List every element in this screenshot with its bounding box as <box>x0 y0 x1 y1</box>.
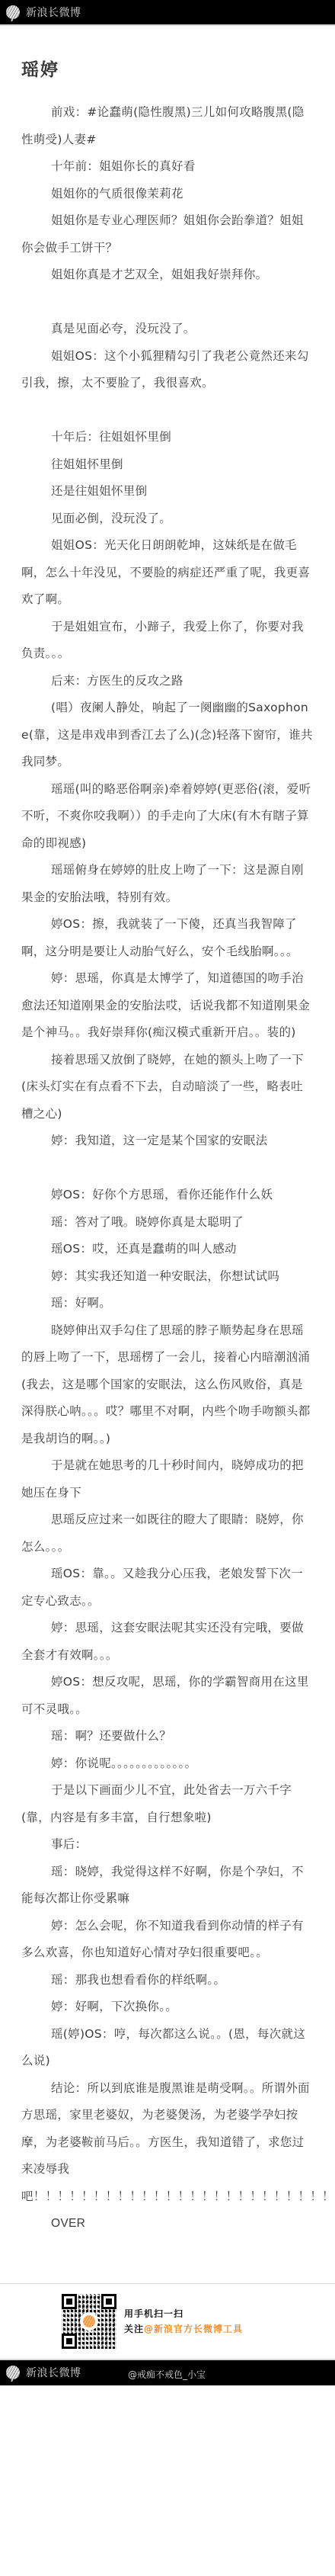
paragraph: 姐姐OS：这个小狐狸精勾引了我老公竟然还来勾引我，擦，太不要脸了，我很喜欢。 <box>21 343 314 397</box>
paragraph: 婷：好啊，下次换你。。 <box>21 1994 314 2021</box>
follow-line: 关注@新浪官方长微博工具 <box>124 2321 243 2337</box>
paragraph: 十年后：往姐姐怀里倒 <box>21 424 314 451</box>
paragraph: 婷：你说呢。。。。。。。。。。。。。 <box>21 1750 314 1778</box>
paragraph: 姐姐你是专业心理医师？姐姐你会跆拳道？姐姐你会做手工饼干？ <box>21 207 314 261</box>
official-handle-link[interactable]: @新浪官方长微博工具 <box>144 2324 243 2334</box>
paragraph: 婷OS：好你个方思瑶，看你还能作什么妖 <box>21 1182 314 1209</box>
paragraph: 后来：方医生的反攻之路 <box>21 668 314 695</box>
brand-name: 新浪长微博 <box>26 5 81 20</box>
paragraph: 瑶：那我也想看看你的样纸啊。。 <box>21 1967 314 1994</box>
promo-section: 用手机扫一扫 关注@新浪官方长微博工具 <box>0 2284 335 2359</box>
scan-label: 用手机扫一扫 <box>124 2306 243 2321</box>
paragraph: 瑶：好啊。 <box>21 1290 314 1317</box>
paragraph: 十年前：姐姐你长的真好看 <box>21 153 314 181</box>
blank-line <box>21 289 314 316</box>
paragraph: 婷OS：想反攻呢，思瑶，你的学霸智商用在这里可不灵哦。。 <box>21 1669 314 1723</box>
blank-line <box>21 1155 314 1182</box>
article-body: 前戏：#论蠢萌(隐性腹黑)三儿如何攻略腹黑(隐性萌受)人妻#十年前：姐姐你长的真… <box>21 99 314 2238</box>
qr-code-icon[interactable] <box>62 2294 116 2349</box>
paragraph: 于是就在她思考的几十秒时间内，晓婷成功的把她压在身下 <box>21 1452 314 1506</box>
paragraph: 瑶瑶俯身在婷婷的肚皮上吻了一下：这是源自刚果金的安胎法哦，特别有效。 <box>21 857 314 911</box>
paragraph: 婷：其实我还知道一种安眠法，你想试试吗 <box>21 1263 314 1291</box>
paragraph: 婷：思瑶，你真是太博学了，知道德国的吻手治愈法还知道刚果金的安胎法哎，话说我都不… <box>21 965 314 1047</box>
paragraph: 婷：思瑶，这套安眠法呢其实还没有完哦，要做全套才有效啊。。。 <box>21 1615 314 1669</box>
promo-text: 用手机扫一扫 关注@新浪官方长微博工具 <box>124 2306 243 2337</box>
blank-line <box>21 397 314 425</box>
qr-finder <box>101 2294 116 2309</box>
paragraph: 于是姐姐宣布，小蹄子，我爱上你了，你要对我负责。。。 <box>21 614 314 668</box>
paragraph: 婷：怎么会呢，你不知道我看到你动情的样子有多么欢喜，你也知道好心情对孕妇很重要吧… <box>21 1913 314 1967</box>
paragraph: 姐姐你的气质很像茉莉花 <box>21 181 314 208</box>
paragraph: 往姐姐怀里倒 <box>21 451 314 479</box>
bottom-bar: 新浪长微博 @戒痴不戒色_小宝 <box>0 2359 335 2385</box>
paragraph: (唱）夜阑人静处，响起了一阕幽幽的Saxophone(靠，这是串戏串到香江去了么… <box>21 695 314 776</box>
paragraph: 瑶：啊？还要做什么？ <box>21 1723 314 1750</box>
paragraph: 瑶OS：哎，还真是蠢萌的叫人感动 <box>21 1236 314 1263</box>
qr-finder <box>62 2294 77 2309</box>
paragraph: 瑶瑶(叫的略恶俗啊亲)牵着婷婷(更恶俗(滚，爱听不听，不爽你咬我啊））的手走向了… <box>21 776 314 858</box>
follow-label: 关注 <box>124 2324 144 2334</box>
paragraph: 事后： <box>21 1831 314 1859</box>
paragraph: 晓婷伸出双手勾住了思瑶的脖子顺势起身在思瑶的唇上吻了一下，思瑶楞了一会儿，接着心… <box>21 1317 314 1453</box>
paragraph: 接着思瑶又放倒了晓婷，在她的额头上吻了一下(床头灯实在有点看不下去，自动暗淡了一… <box>21 1047 314 1128</box>
top-bar: 新浪长微博 <box>0 0 335 26</box>
spacer <box>0 2238 335 2283</box>
paragraph: 吧！！！！！！！！！！！！！！！！！！！！！！！！！！！！！！！！！！！！！！！… <box>21 2183 314 2211</box>
paragraph: 瑶(婷)OS：哼，每次都这么说。。(恩，每次就这么说) <box>21 2021 314 2075</box>
paragraph: 瑶OS：靠。。又趁我分心压我，老娘发誓下次一定专心致志。。 <box>21 1561 314 1615</box>
paragraph: 瑶：晓婷，我觉得这样不好啊，你是个孕妇，不能每次都让你受累嘛 <box>21 1859 314 1913</box>
paragraph: 于是以下画面少儿不宜，此处省去一万六千字(靠，内容是有多丰富，自行想象啦) <box>21 1777 314 1831</box>
paragraph: 真是见面必夸，没玩没了。 <box>21 316 314 343</box>
paragraph: 还是往姐姐怀里倒 <box>21 478 314 505</box>
paragraph: 婷OS：擦，我就装了一下傻，还真当我智障了啊，这分明是要让人动胎气好么，安个毛线… <box>21 911 314 965</box>
brand-name: 新浪长微博 <box>26 2365 81 2380</box>
article-title: 瑶婷 <box>21 55 314 85</box>
author-handle[interactable]: @戒痴不戒色_小宝 <box>128 2368 206 2381</box>
weibo-logo-icon <box>80 2312 98 2331</box>
paragraph: 姐姐你真是才艺双全，姐姐我好崇拜你。 <box>21 261 314 289</box>
paragraph: 思瑶反应过来一如既往的瞪大了眼睛：晓婷，你怎么。。。 <box>21 1506 314 1561</box>
paragraph: 婷：我知道，这一定是某个国家的安眠法 <box>21 1128 314 1155</box>
qr-finder <box>62 2334 77 2349</box>
paragraph: 见面必倒，没玩没了。 <box>21 505 314 533</box>
article: 瑶婷 前戏：#论蠢萌(隐性腹黑)三儿如何攻略腹黑(隐性萌受)人妻#十年前：姐姐你… <box>0 55 335 2238</box>
paragraph: OVER <box>21 2210 314 2238</box>
paragraph: 瑶：答对了哦。晓婷你真是太聪明了 <box>21 1209 314 1237</box>
sina-weibo-logo-icon <box>6 2366 20 2379</box>
paragraph: 前戏：#论蠢萌(隐性腹黑)三儿如何攻略腹黑(隐性萌受)人妻# <box>21 99 314 153</box>
paragraph: 结论：所以到底谁是腹黑谁是萌受啊。。所谓外面方思瑶，家里老婆奴，为老婆煲汤，为老… <box>21 2075 314 2183</box>
sina-weibo-logo-icon <box>6 5 20 19</box>
paragraph: 姐姐OS：光天化日朗朗乾坤，这妹纸是在做毛啊，怎么十年没见，不要脸的病症还严重了… <box>21 532 314 614</box>
